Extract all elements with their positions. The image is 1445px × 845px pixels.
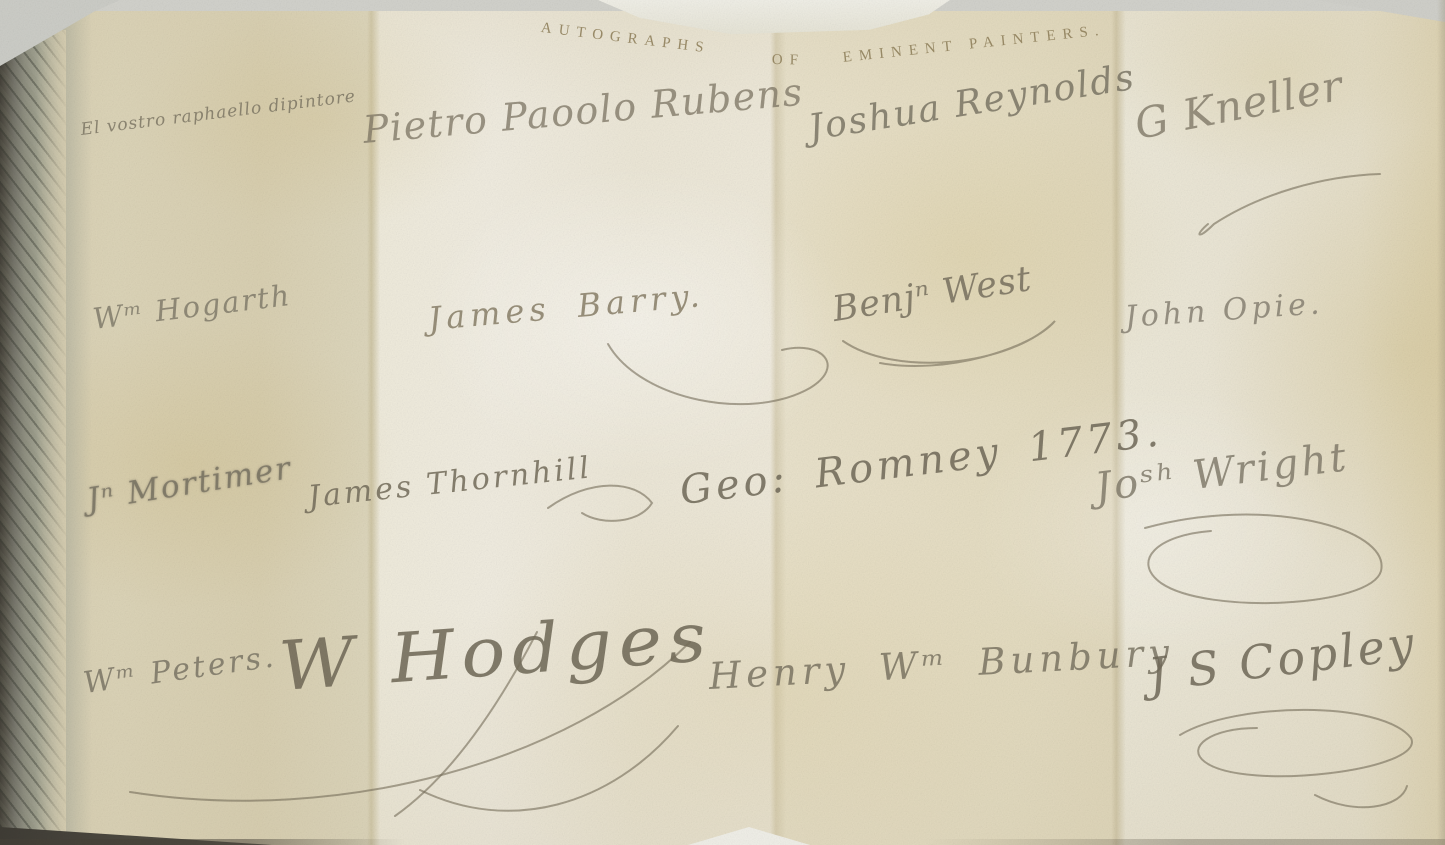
overlapping-sheet-corner (598, 0, 950, 36)
west-flourish (835, 313, 1065, 385)
bottom-shadow (0, 839, 1445, 845)
thornhill-flourish (540, 468, 660, 538)
barry-flourish (600, 328, 860, 438)
page-title-part: OF (772, 52, 805, 70)
signature-raphael: El vostro raphaello dipintore (80, 86, 357, 140)
signature-kneller: G Kneller (1131, 61, 1347, 149)
signature-reynolds: Joshua Reynolds (806, 57, 1139, 149)
backdrop-corner-right (1315, 0, 1445, 22)
wright-flourish (1115, 503, 1405, 621)
signature-copley: J S Copley (1145, 616, 1419, 702)
copley-flourish (1165, 700, 1437, 822)
page-title-part: EMINENT PAINTERS. (842, 22, 1106, 67)
signature-bunbury: Henry Wᵐ Bunbury (708, 631, 1175, 698)
signature-rubens: Pietro Paoolo Rubens (361, 70, 805, 152)
kneller-flourish (1190, 162, 1390, 242)
book-page-edges-hatching (0, 30, 66, 845)
signature-hogarth: Wᵐ Hogarth (91, 278, 293, 336)
signature-mortimer: Jⁿ Mortimer (84, 450, 294, 518)
right-edge-shadow (1437, 0, 1445, 845)
hodges-flourish (90, 620, 740, 835)
autograph-album-page: AUTOGRAPHS OF EMINENT PAINTERS. El vostr… (0, 0, 1445, 845)
signature-opie: John Opie. (1124, 286, 1325, 335)
